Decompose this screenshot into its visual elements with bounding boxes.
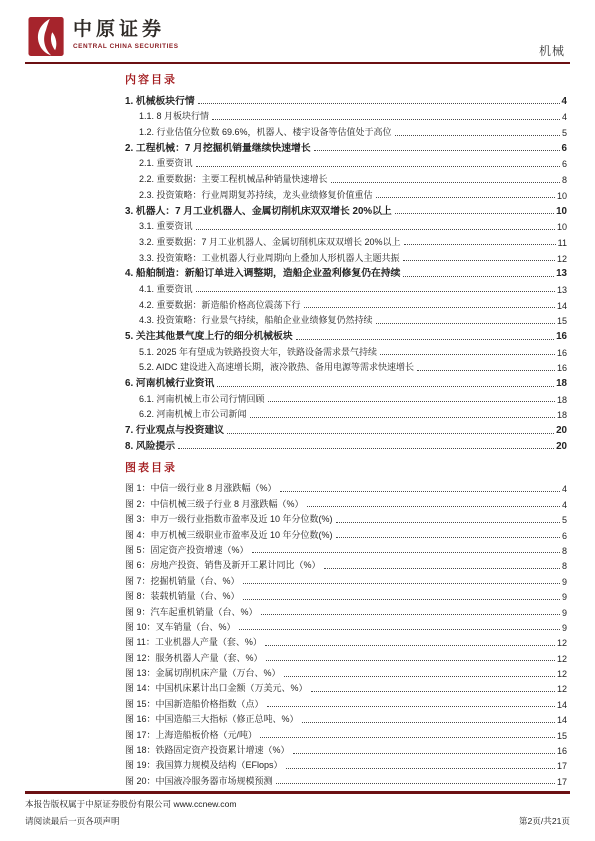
toc-item-page: 10	[557, 222, 567, 232]
figure-item-page: 8	[562, 561, 567, 571]
figure-item-label: 图 11：工业机器人产量（套、%）	[125, 635, 262, 648]
toc-leader-dots	[403, 276, 554, 277]
figure-item-page: 14	[557, 715, 567, 725]
toc-item-page: 16	[556, 331, 567, 342]
toc-item-page: 18	[557, 410, 567, 420]
disclaimer-line: 请阅读最后一页各项声明	[25, 815, 120, 827]
figure-item-page: 16	[557, 746, 567, 756]
toc-item-label: 3.1. 重要资讯	[139, 219, 193, 232]
toc-item[interactable]: 5. 关注其他景气度上行的细分机械板块 16	[125, 326, 567, 342]
toc-leader-dots	[227, 433, 554, 434]
toc-item[interactable]: 6.2. 河南机械上市公司新闻 18	[125, 405, 567, 421]
toc-leader-dots	[196, 291, 555, 292]
toc-item-label: 3.2. 重要数据：7 月工业机器人、金属切削机床双双增长 20%以上	[139, 235, 401, 248]
toc-leader-dots	[331, 182, 560, 183]
toc-item-page: 15	[557, 316, 567, 326]
figure-item-page: 5	[562, 515, 567, 525]
figure-leader-dots	[336, 522, 560, 523]
figure-item[interactable]: 图 4：申万机械三级职业市盈率及近 10 年分位数(%) 6	[125, 525, 567, 540]
figure-item-page: 6	[562, 531, 567, 541]
toc-leader-dots	[212, 119, 560, 120]
figure-leader-dots	[293, 753, 555, 754]
toc-leader-dots	[395, 213, 554, 214]
figures-directory-title: 图表目录	[125, 459, 567, 475]
figure-leader-dots	[307, 506, 560, 507]
figure-item-label: 图 6：房地产投资、销售及新开工累计同比（%）	[125, 558, 321, 571]
toc-item-label: 5.2. AIDC 建设进入高速增长期，液冷散热、备用电源等需求快速增长	[139, 360, 414, 373]
toc-item-page: 10	[557, 191, 567, 201]
toc-item-page: 11	[558, 238, 567, 248]
toc-item[interactable]: 1.2. 行业估值分位数 69.6%，机器人、楼宇设备等估值处于高位 5	[125, 122, 567, 138]
toc-item-label: 1.2. 行业估值分位数 69.6%，机器人、楼宇设备等估值处于高位	[139, 125, 392, 138]
figure-leader-dots	[265, 645, 555, 646]
toc-item-label: 3. 机器人：7 月工业机器人、金属切削机床双双增长 20%以上	[125, 203, 392, 217]
figure-leader-dots	[284, 676, 555, 677]
figure-leader-dots	[252, 552, 560, 553]
figure-item-label: 图 19：我国算力规模及结构（EFlops）	[125, 758, 283, 771]
figure-item[interactable]: 图 8：装载机销量（台、%） 9	[125, 587, 567, 602]
toc-item-page: 8	[562, 175, 567, 185]
toc-leader-dots	[196, 166, 560, 167]
toc-item-page: 14	[557, 301, 567, 311]
toc-item[interactable]: 4.1. 重要资讯 13	[125, 279, 567, 295]
toc-leader-dots	[268, 401, 555, 402]
figure-item-page: 12	[557, 669, 567, 679]
toc-item-page: 4	[562, 96, 567, 107]
figure-leader-dots	[311, 691, 555, 692]
toc-item[interactable]: 1. 机械板块行情 4	[125, 91, 567, 107]
footer-divider	[25, 791, 570, 794]
figure-item-label: 图 7：挖掘机销量（台、%）	[125, 574, 240, 587]
toc-item[interactable]: 3. 机器人：7 月工业机器人、金属切削机床双双增长 20%以上 10	[125, 201, 567, 217]
figure-item[interactable]: 图 3：申万一级行业指数市盈率及近 10 年分位数(%) 5	[125, 510, 567, 525]
company-name-cn: 中原证券	[73, 19, 179, 41]
toc-item-label: 2.3. 投资策略：行业周期复苏持续，龙头业绩修复价值重估	[139, 188, 373, 201]
figure-item[interactable]: 图 9：汽车起重机销量（台、%） 9	[125, 602, 567, 617]
figure-leader-dots	[243, 583, 560, 584]
figure-item[interactable]: 图 14：中国机床累计出口金额（万美元、%） 12	[125, 679, 567, 694]
toc-item[interactable]: 1.1. 8 月板块行情 4	[125, 107, 567, 123]
figure-item-label: 图 8：装载机销量（台、%）	[125, 589, 240, 602]
figure-item-label: 图 14：中国机床累计出口金额（万美元、%）	[125, 681, 308, 694]
toc-item[interactable]: 2. 工程机械：7 月挖掘机销量继续快速增长 6	[125, 138, 567, 154]
figure-item-label: 图 1：中信一级行业 8 月涨跌幅（%）	[125, 481, 277, 494]
company-logo-text: 中原证券 CENTRAL CHINA SECURITIES	[73, 16, 179, 50]
figure-item-page: 15	[557, 731, 567, 741]
toc-item-label: 1. 机械板块行情	[125, 93, 195, 107]
figure-item-page: 4	[562, 484, 567, 494]
figure-item[interactable]: 图 7：挖掘机销量（台、%） 9	[125, 571, 567, 586]
figure-item-page: 12	[557, 638, 567, 648]
figure-list: 图 1：中信一级行业 8 月涨跌幅（%） 4 图 2：中信机械三级子行业 8 月…	[125, 479, 567, 787]
toc-item-page: 16	[557, 348, 567, 358]
figure-item-label: 图 18：铁路固定资产投资累计增速（%）	[125, 743, 290, 756]
toc-item-page: 18	[557, 395, 567, 405]
figure-item[interactable]: 图 2：中信机械三级子行业 8 月涨跌幅（%） 4	[125, 494, 567, 509]
figure-item-label: 图 17：上海造船板价格（元/吨）	[125, 728, 257, 741]
figure-leader-dots	[267, 706, 555, 707]
figure-item-label: 图 12：服务机器人产量（套、%）	[125, 651, 263, 664]
toc-item[interactable]: 5.1. 2025 年有望成为铁路投资大年，铁路设备需求景气持续 16	[125, 342, 567, 358]
toc-leader-dots	[376, 323, 555, 324]
toc-item[interactable]: 8. 风险提示 20	[125, 436, 567, 452]
figure-leader-dots	[276, 783, 555, 784]
toc-item-label: 2. 工程机械：7 月挖掘机销量继续快速增长	[125, 140, 311, 154]
toc-item[interactable]: 4. 船舶制造：新船订单进入调整期，造船企业盈利修复仍在持续 13	[125, 264, 567, 280]
toc-item-label: 6. 河南机械行业资讯	[125, 375, 214, 389]
copyright-line: 本报告版权属于中原证券股份有限公司 www.ccnew.com	[25, 798, 570, 810]
figure-item-label: 图 13：金属切削机床产量（万台、%）	[125, 666, 281, 679]
figure-leader-dots	[286, 768, 555, 769]
toc-item[interactable]: 3.1. 重要资讯 10	[125, 217, 567, 233]
toc-item-label: 5. 关注其他景气度上行的细分机械板块	[125, 328, 293, 342]
toc-item-label: 6.1. 河南机械上市公司行情回顾	[139, 392, 265, 405]
toc-leader-dots	[217, 386, 554, 387]
toc-leader-dots	[250, 417, 555, 418]
toc-item[interactable]: 7. 行业观点与投资建议 20	[125, 420, 567, 436]
toc-item-label: 6.2. 河南机械上市公司新闻	[139, 407, 247, 420]
toc-item-label: 2.2. 重要数据：主要工程机械品种销量快速增长	[139, 172, 328, 185]
page-footer: 本报告版权属于中原证券股份有限公司 www.ccnew.com 请阅读最后一页各…	[25, 798, 570, 827]
figure-item[interactable]: 图 1：中信一级行业 8 月涨跌幅（%） 4	[125, 479, 567, 494]
toc-leader-dots	[304, 307, 555, 308]
figure-item-page: 12	[557, 654, 567, 664]
toc-item-label: 2.1. 重要资讯	[139, 156, 193, 169]
figure-item[interactable]: 图 15：中国新造船价格指数（点） 14	[125, 694, 567, 709]
toc-leader-dots	[395, 135, 560, 136]
company-logo-icon	[28, 16, 66, 57]
toc-item[interactable]: 6. 河南机械行业资讯 18	[125, 373, 567, 389]
figure-item-label: 图 2：中信机械三级子行业 8 月涨跌幅（%）	[125, 497, 304, 510]
figure-item-page: 4	[562, 500, 567, 510]
toc-item-page: 6	[562, 143, 567, 154]
contents-directory-title: 内容目录	[125, 71, 567, 87]
toc-item[interactable]: 4.3. 投资策略：行业景气持续，船舶企业业绩修复仍然持续 15	[125, 311, 567, 327]
figure-item[interactable]: 图 13：金属切削机床产量（万台、%） 12	[125, 664, 567, 679]
figure-item-label: 图 5：固定资产投资增速（%）	[125, 543, 249, 556]
toc-item-label: 4.2. 重要数据：新造船价格高位震荡下行	[139, 298, 301, 311]
toc-leader-dots	[380, 354, 555, 355]
report-page: 中原证券 CENTRAL CHINA SECURITIES 机械 内容目录 1.…	[0, 0, 595, 841]
figure-item-page: 17	[557, 777, 567, 787]
figure-leader-dots	[302, 722, 555, 723]
toc-leader-dots	[314, 150, 560, 151]
toc-leader-dots	[198, 103, 560, 104]
figure-item-label: 图 9：汽车起重机销量（台、%）	[125, 605, 258, 618]
toc-item-label: 1.1. 8 月板块行情	[139, 109, 209, 122]
figure-item[interactable]: 图 10：叉车销量（台、%） 9	[125, 618, 567, 633]
figure-item[interactable]: 图 16：中国造船三大指标（修正总吨、%） 14	[125, 710, 567, 725]
figure-leader-dots	[243, 599, 560, 600]
toc-item[interactable]: 3.3. 投资策略：工业机器人行业周期向上叠加人形机器人主题共振 12	[125, 248, 567, 264]
toc-item-page: 5	[562, 128, 567, 138]
toc-item-page: 12	[557, 254, 567, 264]
figure-item-label: 图 16：中国造船三大指标（修正总吨、%）	[125, 712, 299, 725]
toc-item-page: 10	[556, 206, 567, 217]
toc-item-page: 18	[556, 378, 567, 389]
figure-item[interactable]: 图 17：上海造船板价格（元/吨） 15	[125, 725, 567, 740]
toc-item[interactable]: 5.2. AIDC 建设进入高速增长期，液冷散热、备用电源等需求快速增长 16	[125, 358, 567, 374]
figure-item-page: 17	[557, 761, 567, 771]
toc-item[interactable]: 3.2. 重要数据：7 月工业机器人、金属切削机床双双增长 20%以上 11	[125, 232, 567, 248]
figure-leader-dots	[261, 614, 560, 615]
toc-item-label: 7. 行业观点与投资建议	[125, 422, 224, 436]
toc-item[interactable]: 2.2. 重要数据：主要工程机械品种销量快速增长 8	[125, 169, 567, 185]
figure-item-page: 9	[562, 608, 567, 618]
figure-item-page: 8	[562, 546, 567, 556]
figure-item[interactable]: 图 12：服务机器人产量（套、%） 12	[125, 648, 567, 663]
figure-item-label: 图 3：申万一级行业指数市盈率及近 10 年分位数(%)	[125, 512, 333, 525]
toc-item-label: 4. 船舶制造：新船订单进入调整期，造船企业盈利修复仍在持续	[125, 265, 400, 279]
figure-leader-dots	[280, 491, 560, 492]
figure-item-label: 图 10：叉车销量（台、%）	[125, 620, 236, 633]
industry-tag: 机械	[539, 42, 565, 59]
toc-item-page: 13	[557, 285, 567, 295]
figure-item[interactable]: 图 20：中国液冷服务器市场规模预测 17	[125, 771, 567, 786]
toc-item-page: 20	[556, 441, 567, 452]
figure-leader-dots	[260, 737, 555, 738]
toc-item-label: 4.1. 重要资讯	[139, 282, 193, 295]
contents-directory: 内容目录 1. 机械板块行情 4 1.1. 8 月板块行情 4 1.2. 行业估…	[125, 71, 567, 452]
figure-leader-dots	[239, 629, 560, 630]
toc-item-page: 6	[562, 159, 567, 169]
figure-item[interactable]: 图 18：铁路固定资产投资累计增速（%） 16	[125, 741, 567, 756]
figures-directory: 图表目录 图 1：中信一级行业 8 月涨跌幅（%） 4 图 2：中信机械三级子行…	[125, 459, 567, 787]
figure-item[interactable]: 图 11：工业机器人产量（套、%） 12	[125, 633, 567, 648]
toc-leader-dots	[178, 448, 554, 449]
figure-item[interactable]: 图 6：房地产投资、销售及新开工累计同比（%） 8	[125, 556, 567, 571]
figure-item-page: 14	[557, 700, 567, 710]
toc-leader-dots	[376, 197, 555, 198]
toc-item-label: 5.1. 2025 年有望成为铁路投资大年，铁路设备需求景气持续	[139, 345, 377, 358]
company-name-en: CENTRAL CHINA SECURITIES	[73, 43, 179, 50]
toc-item[interactable]: 2.1. 重要资讯 6	[125, 154, 567, 170]
figure-item-label: 图 20：中国液冷服务器市场规模预测	[125, 774, 273, 787]
toc-leader-dots	[403, 260, 555, 261]
figure-item-label: 图 15：中国新造船价格指数（点）	[125, 697, 264, 710]
toc-item-label: 8. 风险提示	[125, 438, 175, 452]
toc-item-label: 3.3. 投资策略：工业机器人行业周期向上叠加人形机器人主题共振	[139, 251, 400, 264]
toc-leader-dots	[404, 244, 556, 245]
header-divider	[25, 62, 570, 64]
figure-leader-dots	[336, 537, 560, 538]
toc-item-page: 20	[556, 425, 567, 436]
toc-item-label: 4.3. 投资策略：行业景气持续，船舶企业业绩修复仍然持续	[139, 313, 373, 326]
toc-item-page: 13	[556, 268, 567, 279]
toc-leader-dots	[417, 370, 555, 371]
figure-item-label: 图 4：申万机械三级职业市盈率及近 10 年分位数(%)	[125, 528, 333, 541]
figure-item[interactable]: 图 19：我国算力规模及结构（EFlops） 17	[125, 756, 567, 771]
toc-list: 1. 机械板块行情 4 1.1. 8 月板块行情 4 1.2. 行业估值分位数 …	[125, 91, 567, 452]
figure-item-page: 9	[562, 623, 567, 633]
figure-leader-dots	[324, 568, 560, 569]
toc-item[interactable]: 2.3. 投资策略：行业周期复苏持续，龙头业绩修复价值重估 10	[125, 185, 567, 201]
page-number: 第2页/共21页	[519, 815, 570, 827]
figure-item-page: 9	[562, 577, 567, 587]
figure-leader-dots	[266, 660, 555, 661]
toc-item[interactable]: 4.2. 重要数据：新造船价格高位震荡下行 14	[125, 295, 567, 311]
toc-item-page: 4	[562, 112, 567, 122]
toc-item[interactable]: 6.1. 河南机械上市公司行情回顾 18	[125, 389, 567, 405]
toc-leader-dots	[296, 339, 554, 340]
company-logo: 中原证券 CENTRAL CHINA SECURITIES	[28, 16, 179, 57]
toc-leader-dots	[196, 229, 555, 230]
figure-item[interactable]: 图 5：固定资产投资增速（%） 8	[125, 541, 567, 556]
figure-item-page: 9	[562, 592, 567, 602]
figure-item-page: 12	[557, 684, 567, 694]
toc-item-page: 16	[557, 363, 567, 373]
